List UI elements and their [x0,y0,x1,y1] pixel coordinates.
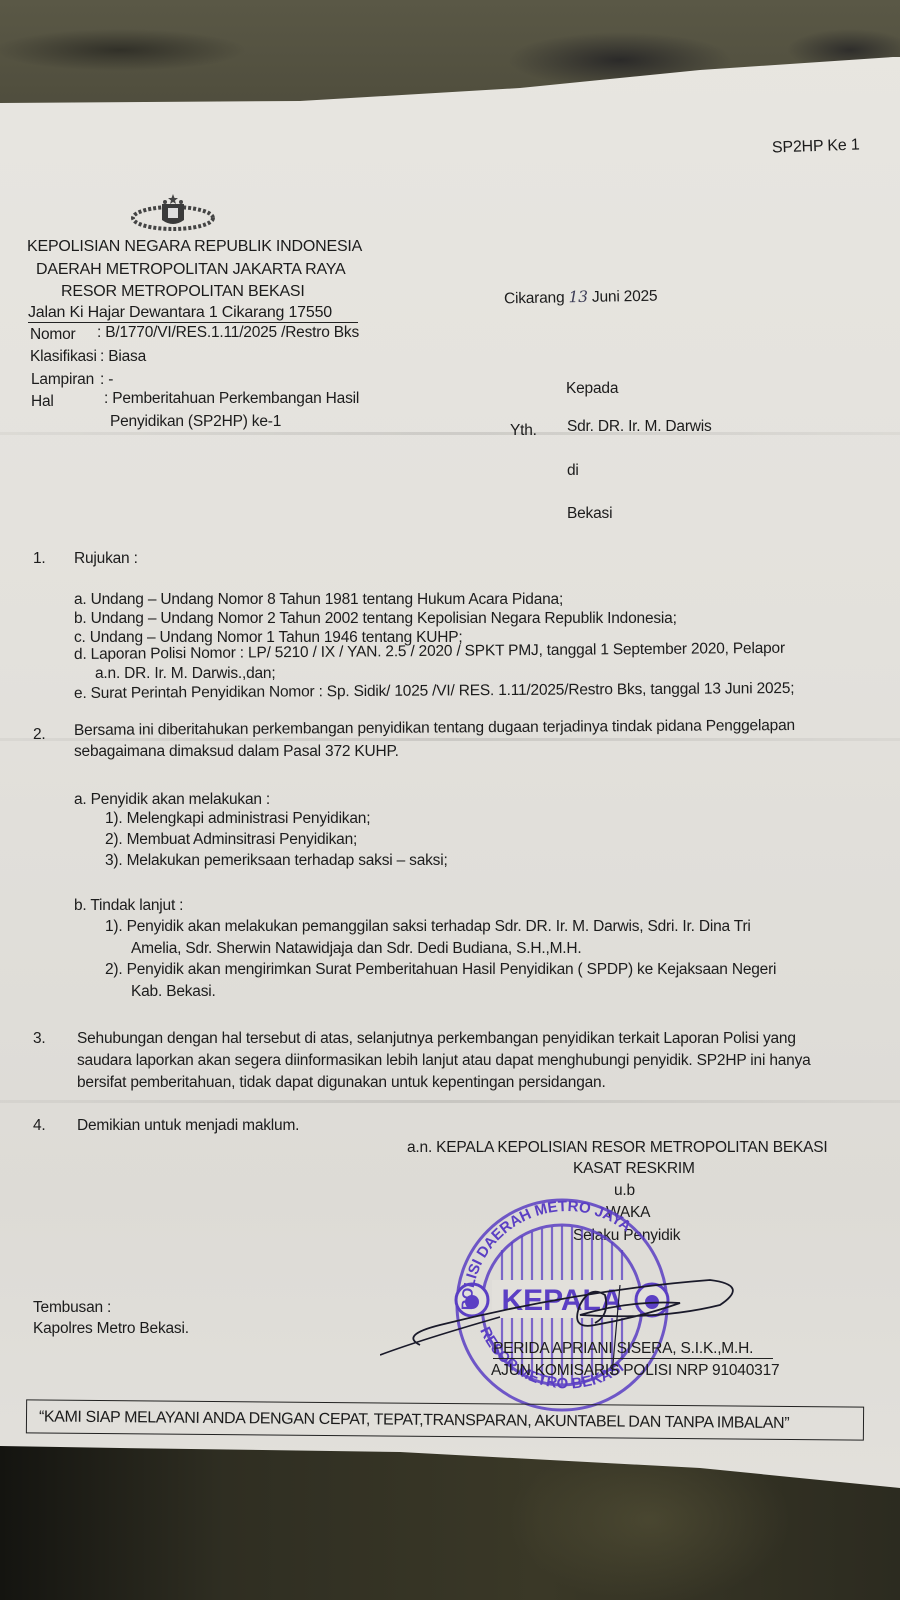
paper-fold-line [0,1100,900,1103]
section3-line: Sehubungan dengan hal tersebut di atas, … [77,1030,796,1048]
reference-item: a. Undang – Undang Nomor 8 Tahun 1981 te… [74,591,563,609]
recipient-kepada: Kepada [566,380,618,398]
recipient-city: Bekasi [567,505,612,523]
meta-hal-value: : Pemberitahuan Perkembangan Hasil [104,390,359,408]
place: Cikarang [504,289,565,307]
signatory-name: PERIDA APRIANI SISERA, S.I.K.,M.H. [493,1340,773,1359]
section2b-item: 2). Penyidik akan mengirimkan Surat Pemb… [105,961,776,979]
recipient-di: di [567,462,579,480]
service-motto-box: “KAMI SIAP MELAYANI ANDA DENGAN CEPAT, T… [26,1399,864,1440]
section2b-item: 1). Penyidik akan melakukan pemanggilan … [105,918,751,936]
section2-text-line2: sebagaimana dimaksud dalam Pasal 372 KUH… [74,743,399,761]
letterhead-address: Jalan Ki Hajar Dewantara 1 Cikarang 1755… [28,304,358,323]
meta-klasifikasi-value: : Biasa [100,348,146,366]
section3-line: saudara laporkan akan segera diinformasi… [77,1052,811,1070]
section2a-title: a. Penyidik akan melakukan : [74,791,270,809]
month-year: Juni 2025 [592,288,658,306]
meta-nomor-label: Nomor [30,326,76,344]
section2b-item-continuation: Amelia, Sdr. Sherwin Natawidjaja dan Sdr… [131,940,582,958]
section1-title: Rujukan : [74,550,138,568]
sp2hp-label: SP2HP Ke 1 [772,136,860,157]
handwritten-day: 13 [568,288,588,306]
recipient-yth: Yth. [510,422,537,440]
paper-fold-line [0,432,900,435]
tembusan-title: Tembusan : [33,1299,111,1317]
section3-line: bersifat pemberitahuan, tidak dapat digu… [77,1074,606,1092]
section4-text: Demikian untuk menjadi maklum. [77,1117,299,1135]
place-date: Cikarang 13 Juni 2025 [504,287,658,309]
signature-line2: KASAT RESKRIM [573,1160,695,1178]
meta-hal-label: Hal [31,393,54,411]
meta-hal-value-line2: Penyidikan (SP2HP) ke-1 [110,413,281,431]
section1-number: 1. [33,550,46,568]
section2-number: 2. [33,726,46,744]
letterhead-line2: DAERAH METROPOLITAN JAKARTA RAYA [36,261,346,279]
signatory-rank: AJUN KOMISARIS POLISI NRP 91040317 [491,1362,779,1380]
signature-line1: a.n. KEPALA KEPOLISIAN RESOR METROPOLITA… [407,1139,828,1157]
reference-item: b. Undang – Undang Nomor 2 Tahun 2002 te… [74,610,677,628]
section4-number: 4. [33,1117,46,1135]
reference-item-continuation: a.n. DR. Ir. M. Darwis.,dan; [95,665,275,683]
section3-number: 3. [33,1030,46,1048]
section2a-item: 2). Membuat Adminsitrasi Penyidikan; [105,831,357,849]
meta-nomor-value: : B/1770/VI/RES.1.11/2025 /Restro Bks [97,324,359,342]
section2a-item: 1). Melengkapi administrasi Penyidikan; [105,810,370,828]
meta-lampiran-label: Lampiran [31,371,94,389]
letterhead-line1: KEPOLISIAN NEGARA REPUBLIK INDONESIA [27,238,362,256]
section2b-title: b. Tindak lanjut : [74,897,183,915]
section2a-item: 3). Melakukan pemeriksaan terhadap saksi… [105,852,448,870]
polri-emblem-icon [128,192,218,232]
letterhead-line3: RESOR METROPOLITAN BEKASI [61,283,305,301]
meta-klasifikasi-label: Klasifikasi [30,348,97,366]
recipient-name: Sdr. DR. Ir. M. Darwis [567,418,712,436]
meta-lampiran-value: : - [100,371,113,389]
section2b-item-continuation: Kab. Bekasi. [131,983,216,1001]
tembusan-item: Kapolres Metro Bekasi. [33,1320,189,1338]
